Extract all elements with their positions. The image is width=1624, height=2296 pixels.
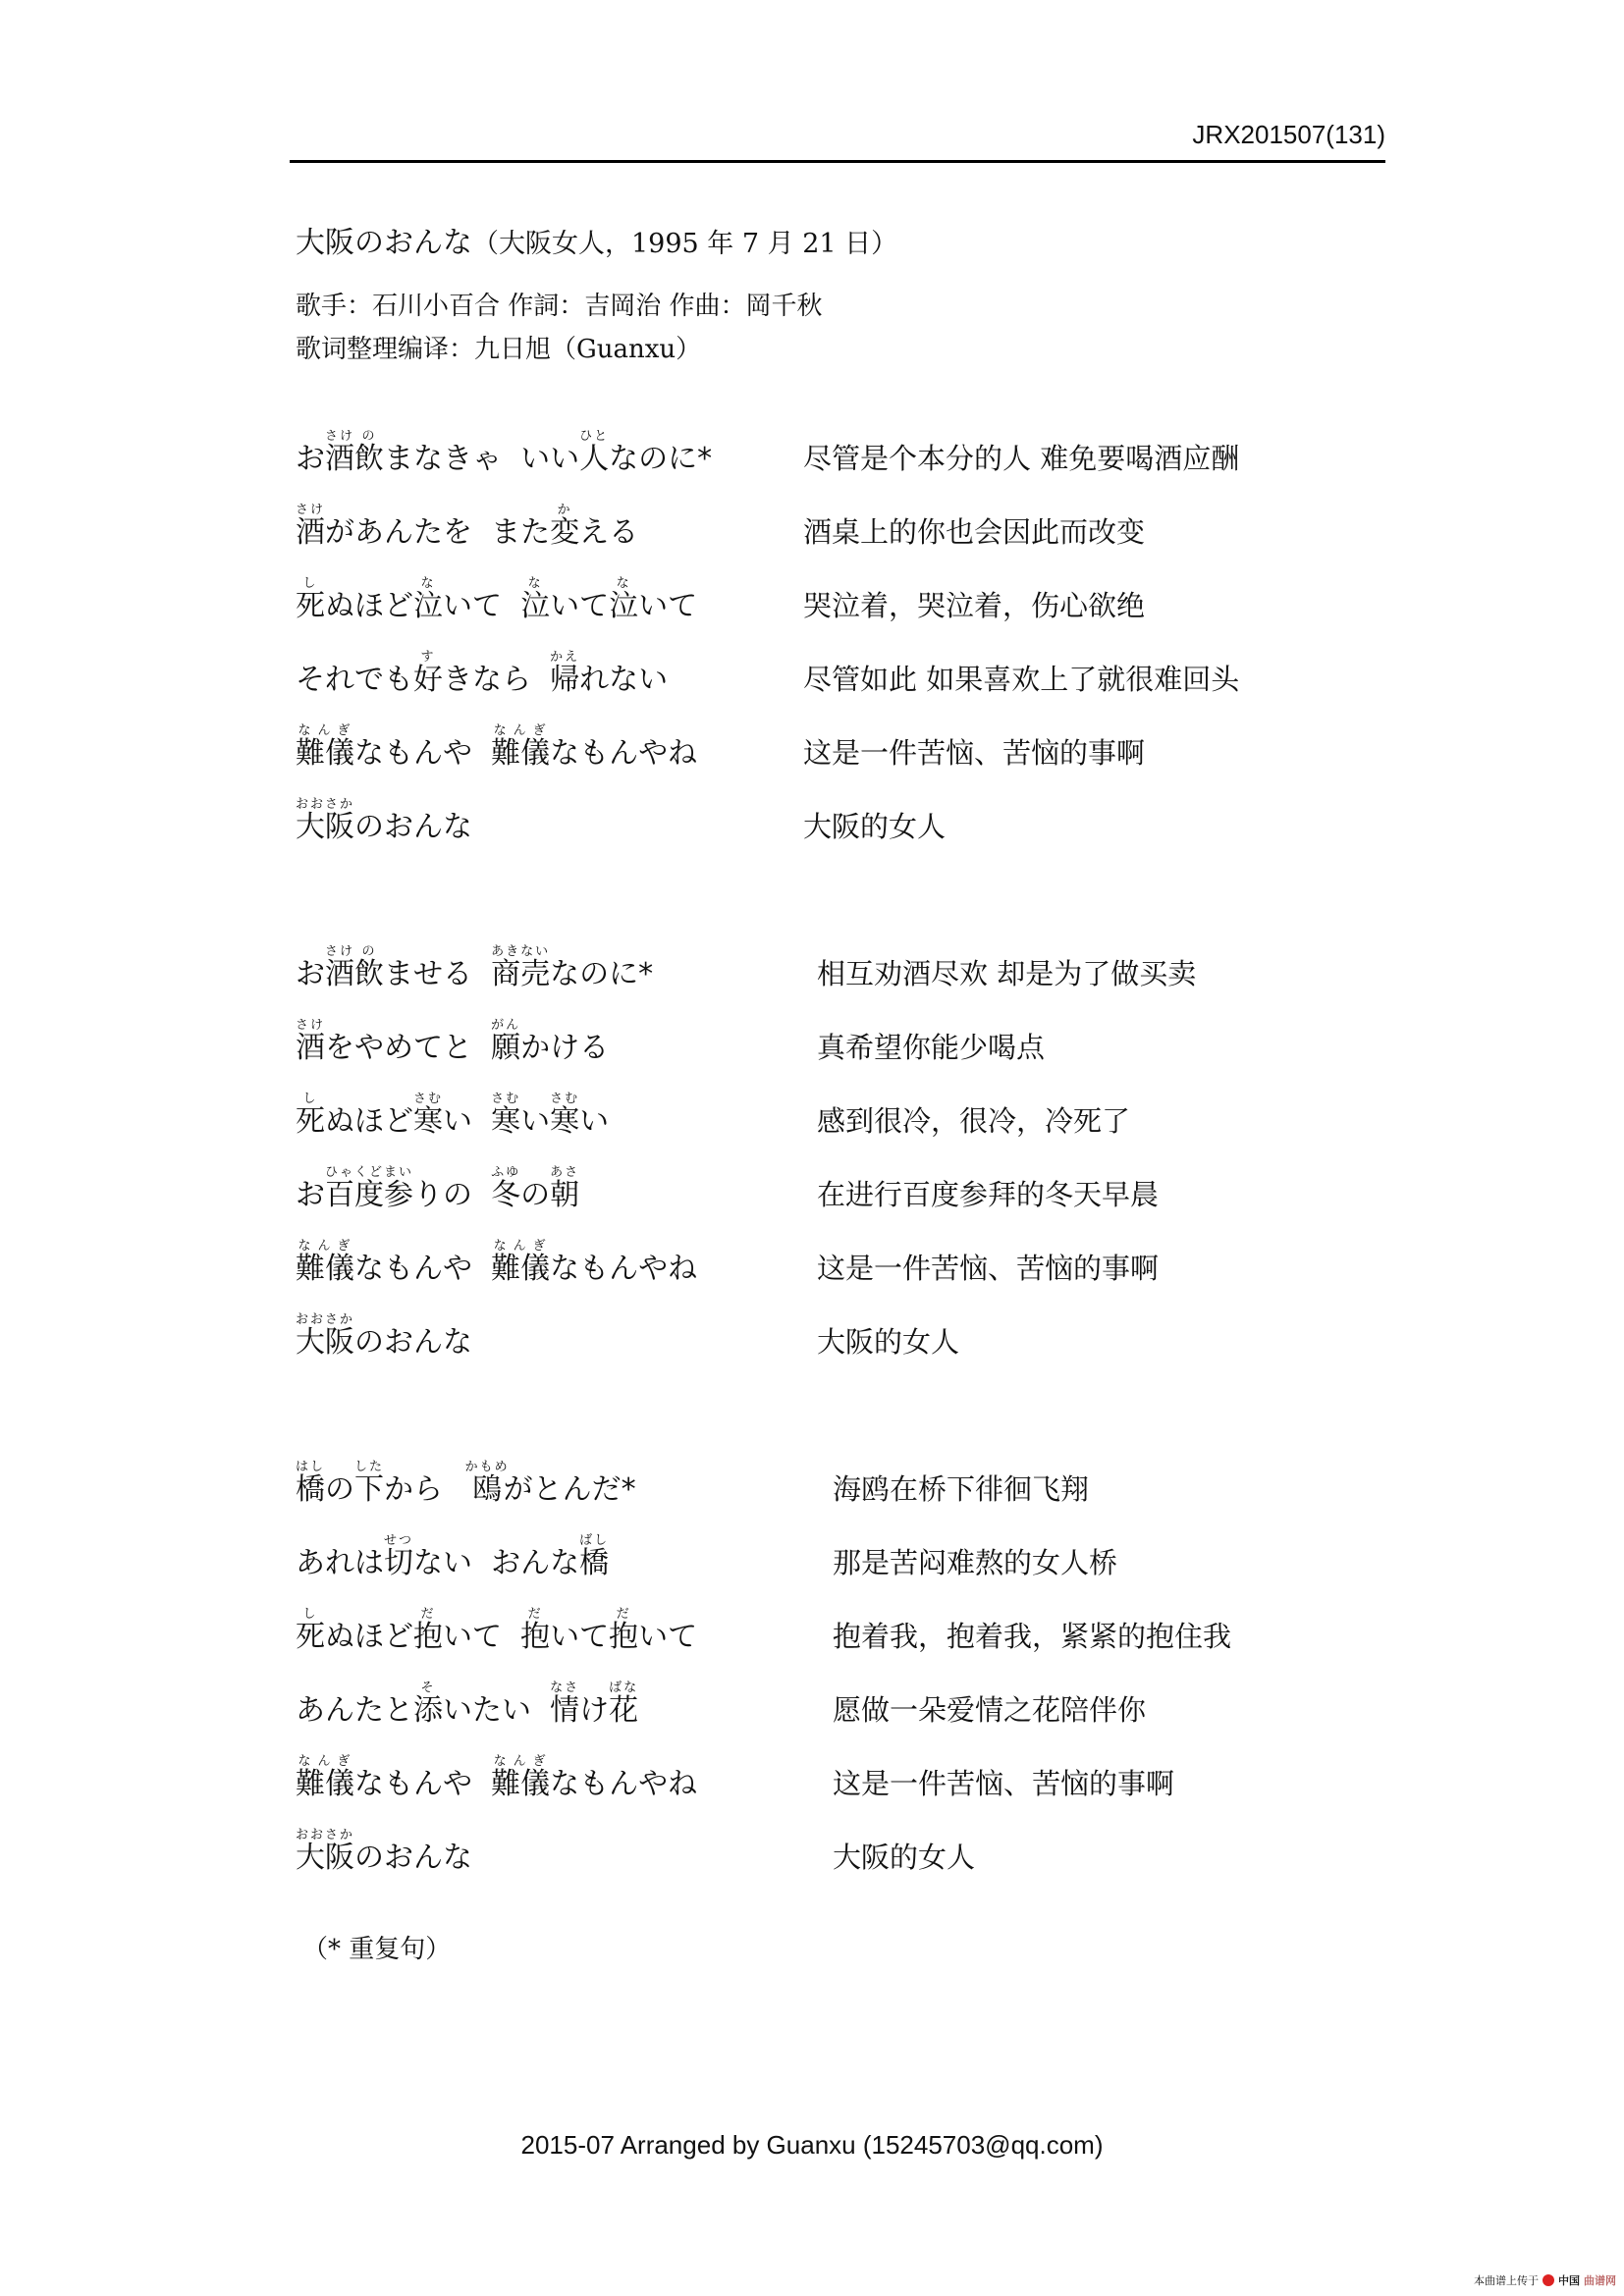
chinese-translation: 海鸥在桥下徘徊飞翔 bbox=[833, 1468, 1089, 1508]
lyric-text: れない bbox=[579, 663, 668, 697]
lyric-text: のおんな bbox=[354, 1841, 472, 1875]
chinese-translation: 尽管如此 如果喜欢上了就很难回头 bbox=[803, 658, 1239, 698]
furigana-reading: さむ bbox=[550, 1092, 579, 1106]
japanese-lyric: 難儀なんぎなもんや 難儀なんぎなもんやね bbox=[296, 1754, 697, 1806]
japanese-lyric: お酒さけ飲のませる 商売あきないなのに* bbox=[296, 944, 653, 996]
furigana-reading: さむ bbox=[491, 1092, 520, 1106]
furigana-ruby: 下した bbox=[354, 1472, 384, 1507]
furigana-reading: だ bbox=[413, 1607, 443, 1622]
furigana-ruby: 添そ bbox=[413, 1693, 443, 1728]
furigana-reading: おおさか bbox=[296, 797, 354, 812]
furigana-reading: なさ bbox=[550, 1681, 579, 1695]
credits-line-artists: 歌手：石川小百合 作詞：吉岡治 作曲：岡千秋 bbox=[296, 285, 823, 328]
furigana-ruby: 酒さけ bbox=[296, 515, 325, 550]
furigana-ruby: 鴎かもめ bbox=[471, 1472, 504, 1507]
japanese-lyric: それでも好すきなら 帰かえれない bbox=[296, 650, 668, 702]
chinese-translation: 这是一件苦恼、苦恼的事啊 bbox=[803, 731, 1145, 772]
chinese-translation: 大阪的女人 bbox=[817, 1320, 959, 1361]
furigana-reading: ばし bbox=[579, 1533, 609, 1548]
furigana-ruby: 情なさ bbox=[550, 1693, 579, 1728]
furigana-ruby: 大阪おおさか bbox=[296, 1841, 354, 1875]
furigana-reading: おおさか bbox=[296, 1312, 354, 1327]
furigana-ruby: 橋ばし bbox=[579, 1546, 609, 1580]
japanese-lyric: 難儀なんぎなもんや 難儀なんぎなもんやね bbox=[296, 1239, 697, 1291]
furigana-reading: な bbox=[609, 576, 638, 591]
watermark-prefix: 本曲谱上传于 bbox=[1474, 2272, 1539, 2288]
lyric-text: から bbox=[384, 1472, 471, 1507]
chinese-translation: 大阪的女人 bbox=[833, 1836, 975, 1876]
title-japanese: 大阪のおんな bbox=[296, 226, 472, 260]
chinese-translation: 愿做一朵爱情之花陪伴你 bbox=[833, 1688, 1146, 1729]
japanese-lyric: 死しぬほど抱だいて 抱だいて抱だいて bbox=[296, 1607, 697, 1659]
lyric-text: い bbox=[579, 1104, 609, 1139]
furigana-reading: の bbox=[354, 429, 384, 444]
lyric-text: きなら bbox=[443, 663, 550, 697]
lyric-text: いて bbox=[638, 589, 697, 623]
lyric-text: かける bbox=[520, 1031, 609, 1065]
lyric-text: をやめてと bbox=[325, 1031, 491, 1065]
furigana-reading: ひゃくどまい bbox=[325, 1165, 413, 1180]
chinese-translation: 真希望你能少喝点 bbox=[817, 1026, 1045, 1066]
furigana-ruby: 抱だ bbox=[520, 1620, 550, 1654]
furigana-ruby: 難儀なんぎ bbox=[491, 1252, 550, 1286]
chinese-translation: 哭泣着，哭泣着，伤心欲绝 bbox=[803, 584, 1145, 624]
furigana-ruby: 寒さむ bbox=[491, 1104, 520, 1139]
chinese-translation: 大阪的女人 bbox=[803, 805, 946, 845]
lyric-text: あれは bbox=[296, 1546, 384, 1580]
lyric-text: それでも bbox=[296, 663, 413, 697]
furigana-reading: あさ bbox=[550, 1165, 579, 1180]
furigana-ruby: 橋はし bbox=[296, 1472, 325, 1507]
furigana-reading: だ bbox=[520, 1607, 550, 1622]
furigana-reading: かもめ bbox=[465, 1460, 510, 1474]
furigana-ruby: 死し bbox=[296, 1104, 325, 1139]
japanese-lyric: 死しぬほど泣ないて 泣ないて泣ないて bbox=[296, 576, 697, 628]
japanese-lyric: お百度参ひゃくどまいりの 冬ふゆの朝あさ bbox=[296, 1165, 579, 1217]
furigana-ruby: 願がん bbox=[491, 1031, 520, 1065]
furigana-ruby: 死し bbox=[296, 1620, 325, 1654]
lyric-text: お bbox=[296, 957, 325, 991]
furigana-ruby: 切せつ bbox=[384, 1546, 413, 1580]
furigana-ruby: 商売あきない bbox=[491, 957, 550, 991]
furigana-reading: だ bbox=[609, 1607, 638, 1622]
lyric-text: なのに* bbox=[609, 442, 712, 476]
furigana-ruby: 酒さけ bbox=[296, 1031, 325, 1065]
lyric-text: い bbox=[443, 1104, 491, 1139]
japanese-lyric: 大阪おおさかのおんな bbox=[296, 1312, 472, 1364]
chinese-translation: 抱着我，抱着我，紧紧的抱住我 bbox=[833, 1615, 1231, 1655]
furigana-reading: せつ bbox=[384, 1533, 413, 1548]
furigana-ruby: 人ひと bbox=[579, 442, 609, 476]
song-title: 大阪のおんな（大阪女人，1995 年 7 月 21 日） bbox=[296, 218, 897, 261]
furigana-reading: さけ bbox=[325, 944, 354, 959]
chinese-translation: 酒桌上的你也会因此而改变 bbox=[803, 510, 1145, 551]
lyric-text: なのに* bbox=[550, 957, 653, 991]
furigana-ruby: 寒さむ bbox=[413, 1104, 443, 1139]
lyric-text: ぬほど bbox=[325, 1620, 413, 1654]
furigana-reading: か bbox=[550, 503, 579, 517]
furigana-reading: な bbox=[520, 576, 550, 591]
lyric-text: のおんな bbox=[354, 1325, 472, 1360]
chinese-translation: 感到很冷，很冷，冷死了 bbox=[817, 1099, 1130, 1140]
furigana-reading: がん bbox=[491, 1018, 520, 1033]
furigana-ruby: 大阪おおさか bbox=[296, 1325, 354, 1360]
lyric-text: ぬほど bbox=[325, 589, 413, 623]
furigana-reading: し bbox=[296, 1092, 325, 1106]
furigana-reading: はし bbox=[296, 1460, 325, 1474]
japanese-lyric: 大阪おおさかのおんな bbox=[296, 1828, 472, 1880]
furigana-ruby: 泣な bbox=[609, 589, 638, 623]
lyric-text: ない おんな bbox=[413, 1546, 579, 1580]
furigana-ruby: 飲の bbox=[354, 957, 384, 991]
lyric-text: なもんやね bbox=[550, 1252, 697, 1286]
footer-credit: 2015-07 Arranged by Guanxu (15245703@qq.… bbox=[0, 2130, 1624, 2161]
furigana-ruby: 酒さけ bbox=[325, 442, 354, 476]
title-chinese-info: （大阪女人，1995 年 7 月 21 日） bbox=[472, 229, 897, 259]
furigana-reading: そ bbox=[413, 1681, 443, 1695]
furigana-reading: した bbox=[354, 1460, 384, 1474]
lyric-text: なもんやね bbox=[550, 1767, 697, 1801]
furigana-reading: さむ bbox=[413, 1092, 443, 1106]
furigana-ruby: 泣な bbox=[520, 589, 550, 623]
chinese-translation: 尽管是个本分的人 难免要喝酒应酬 bbox=[803, 437, 1239, 477]
furigana-ruby: 朝あさ bbox=[550, 1178, 579, 1212]
japanese-lyric: 酒さけがあんたを また変かえる bbox=[296, 503, 638, 555]
japanese-lyric: 大阪おおさかのおんな bbox=[296, 797, 472, 849]
lyric-text: いて bbox=[443, 589, 520, 623]
lyric-text: いて bbox=[638, 1620, 697, 1654]
lyric-text: なもんや bbox=[354, 1252, 491, 1286]
furigana-reading: あきない bbox=[491, 944, 550, 959]
furigana-reading: さけ bbox=[296, 503, 325, 517]
furigana-reading: なんぎ bbox=[491, 1239, 550, 1254]
chinese-translation: 这是一件苦恼、苦恼的事啊 bbox=[833, 1762, 1174, 1802]
japanese-lyric: 酒さけをやめてと 願がんかける bbox=[296, 1018, 609, 1070]
furigana-reading: さけ bbox=[296, 1018, 325, 1033]
lyric-text: の bbox=[325, 1472, 354, 1507]
furigana-ruby: 酒さけ bbox=[325, 957, 354, 991]
furigana-reading: の bbox=[354, 944, 384, 959]
lyric-text: け bbox=[579, 1693, 609, 1728]
japanese-lyric: 死しぬほど寒さむい 寒さむい寒さむい bbox=[296, 1092, 609, 1144]
furigana-reading: な bbox=[413, 576, 443, 591]
chinese-translation: 那是苦闷难熬的女人桥 bbox=[833, 1541, 1117, 1581]
furigana-ruby: 泣な bbox=[413, 589, 443, 623]
furigana-ruby: 難儀なんぎ bbox=[491, 736, 550, 771]
japanese-lyric: あれは切せつない おんな橋ばし bbox=[296, 1533, 609, 1585]
furigana-ruby: 難儀なんぎ bbox=[296, 736, 354, 771]
furigana-reading: なんぎ bbox=[491, 723, 550, 738]
furigana-reading: なんぎ bbox=[296, 1754, 354, 1769]
furigana-ruby: 帰かえ bbox=[550, 663, 579, 697]
header-rule bbox=[290, 160, 1385, 163]
japanese-lyric: お酒さけ飲のまなきゃ いい人ひとなのに* bbox=[296, 429, 712, 481]
lyric-text: お bbox=[296, 442, 325, 476]
lyric-text: の bbox=[520, 1178, 550, 1212]
furigana-reading: なんぎ bbox=[491, 1754, 550, 1769]
watermark-brand-2: 曲谱网 bbox=[1584, 2272, 1616, 2288]
site-logo-icon bbox=[1543, 2274, 1554, 2286]
furigana-ruby: 大阪おおさか bbox=[296, 810, 354, 844]
furigana-ruby: 難儀なんぎ bbox=[296, 1767, 354, 1801]
furigana-reading: なんぎ bbox=[296, 1239, 354, 1254]
furigana-reading: ふゆ bbox=[491, 1165, 520, 1180]
furigana-ruby: 冬ふゆ bbox=[491, 1178, 520, 1212]
furigana-ruby: 難儀なんぎ bbox=[296, 1252, 354, 1286]
lyric-text: がとんだ* bbox=[504, 1472, 636, 1507]
furigana-ruby: 花ばな bbox=[609, 1693, 638, 1728]
lyric-text: いて bbox=[550, 1620, 609, 1654]
lyric-text: りの bbox=[413, 1178, 491, 1212]
lyric-text: える bbox=[579, 515, 638, 550]
chinese-translation: 相互劝酒尽欢 却是为了做买卖 bbox=[817, 952, 1196, 992]
lyric-text: あんたと bbox=[296, 1693, 413, 1728]
lyric-text: なもんや bbox=[354, 1767, 491, 1801]
furigana-reading: し bbox=[296, 1607, 325, 1622]
furigana-reading: さけ bbox=[325, 429, 354, 444]
furigana-ruby: 変か bbox=[550, 515, 579, 550]
lyric-text: なもんやね bbox=[550, 736, 697, 771]
furigana-reading: す bbox=[413, 650, 443, 665]
chinese-translation: 这是一件苦恼、苦恼的事啊 bbox=[817, 1247, 1159, 1287]
lyric-text: ぬほど bbox=[325, 1104, 413, 1139]
lyric-text: のおんな bbox=[354, 810, 472, 844]
lyric-text: い bbox=[520, 1104, 550, 1139]
watermark-brand-1: 中国 bbox=[1558, 2272, 1580, 2288]
repeat-note: （* 重复句） bbox=[302, 1929, 451, 1965]
lyric-text: なもんや bbox=[354, 736, 491, 771]
japanese-lyric: 難儀なんぎなもんや 難儀なんぎなもんやね bbox=[296, 723, 697, 775]
furigana-reading: ばな bbox=[609, 1681, 638, 1695]
japanese-lyric: 橋はしの下したから 鴎かもめがとんだ* bbox=[296, 1460, 636, 1512]
lyric-text: いて bbox=[443, 1620, 520, 1654]
lyric-text: いて bbox=[550, 589, 609, 623]
credits-line-translator: 歌词整理编译：九日旭（Guanxu） bbox=[296, 328, 823, 371]
furigana-reading: なんぎ bbox=[296, 723, 354, 738]
furigana-ruby: 難儀なんぎ bbox=[491, 1767, 550, 1801]
lyric-text: まなきゃ いい bbox=[384, 442, 579, 476]
furigana-reading: かえ bbox=[550, 650, 579, 665]
lyric-text: いたい bbox=[443, 1693, 550, 1728]
furigana-ruby: 寒さむ bbox=[550, 1104, 579, 1139]
furigana-reading: おおさか bbox=[296, 1828, 354, 1842]
credits: 歌手：石川小百合 作詞：吉岡治 作曲：岡千秋 歌词整理编译：九日旭（Guanxu… bbox=[296, 285, 823, 371]
furigana-reading: ひと bbox=[579, 429, 609, 444]
japanese-lyric: あんたと添そいたい 情なさけ花ばな bbox=[296, 1681, 638, 1733]
watermark: 本曲谱上传于 中国曲谱网 bbox=[1474, 2272, 1616, 2288]
furigana-ruby: 百度参ひゃくどまい bbox=[325, 1178, 413, 1212]
furigana-ruby: 好す bbox=[413, 663, 443, 697]
furigana-reading: し bbox=[296, 576, 325, 591]
furigana-ruby: 抱だ bbox=[609, 1620, 638, 1654]
furigana-ruby: 抱だ bbox=[413, 1620, 443, 1654]
lyric-text: ませる bbox=[384, 957, 491, 991]
chinese-translation: 在进行百度参拜的冬天早晨 bbox=[817, 1173, 1159, 1213]
furigana-ruby: 死し bbox=[296, 589, 325, 623]
lyric-text: お bbox=[296, 1178, 325, 1212]
furigana-ruby: 飲の bbox=[354, 442, 384, 476]
document-id: JRX201507(131) bbox=[1192, 120, 1385, 150]
lyric-text: があんたを また bbox=[325, 515, 550, 550]
